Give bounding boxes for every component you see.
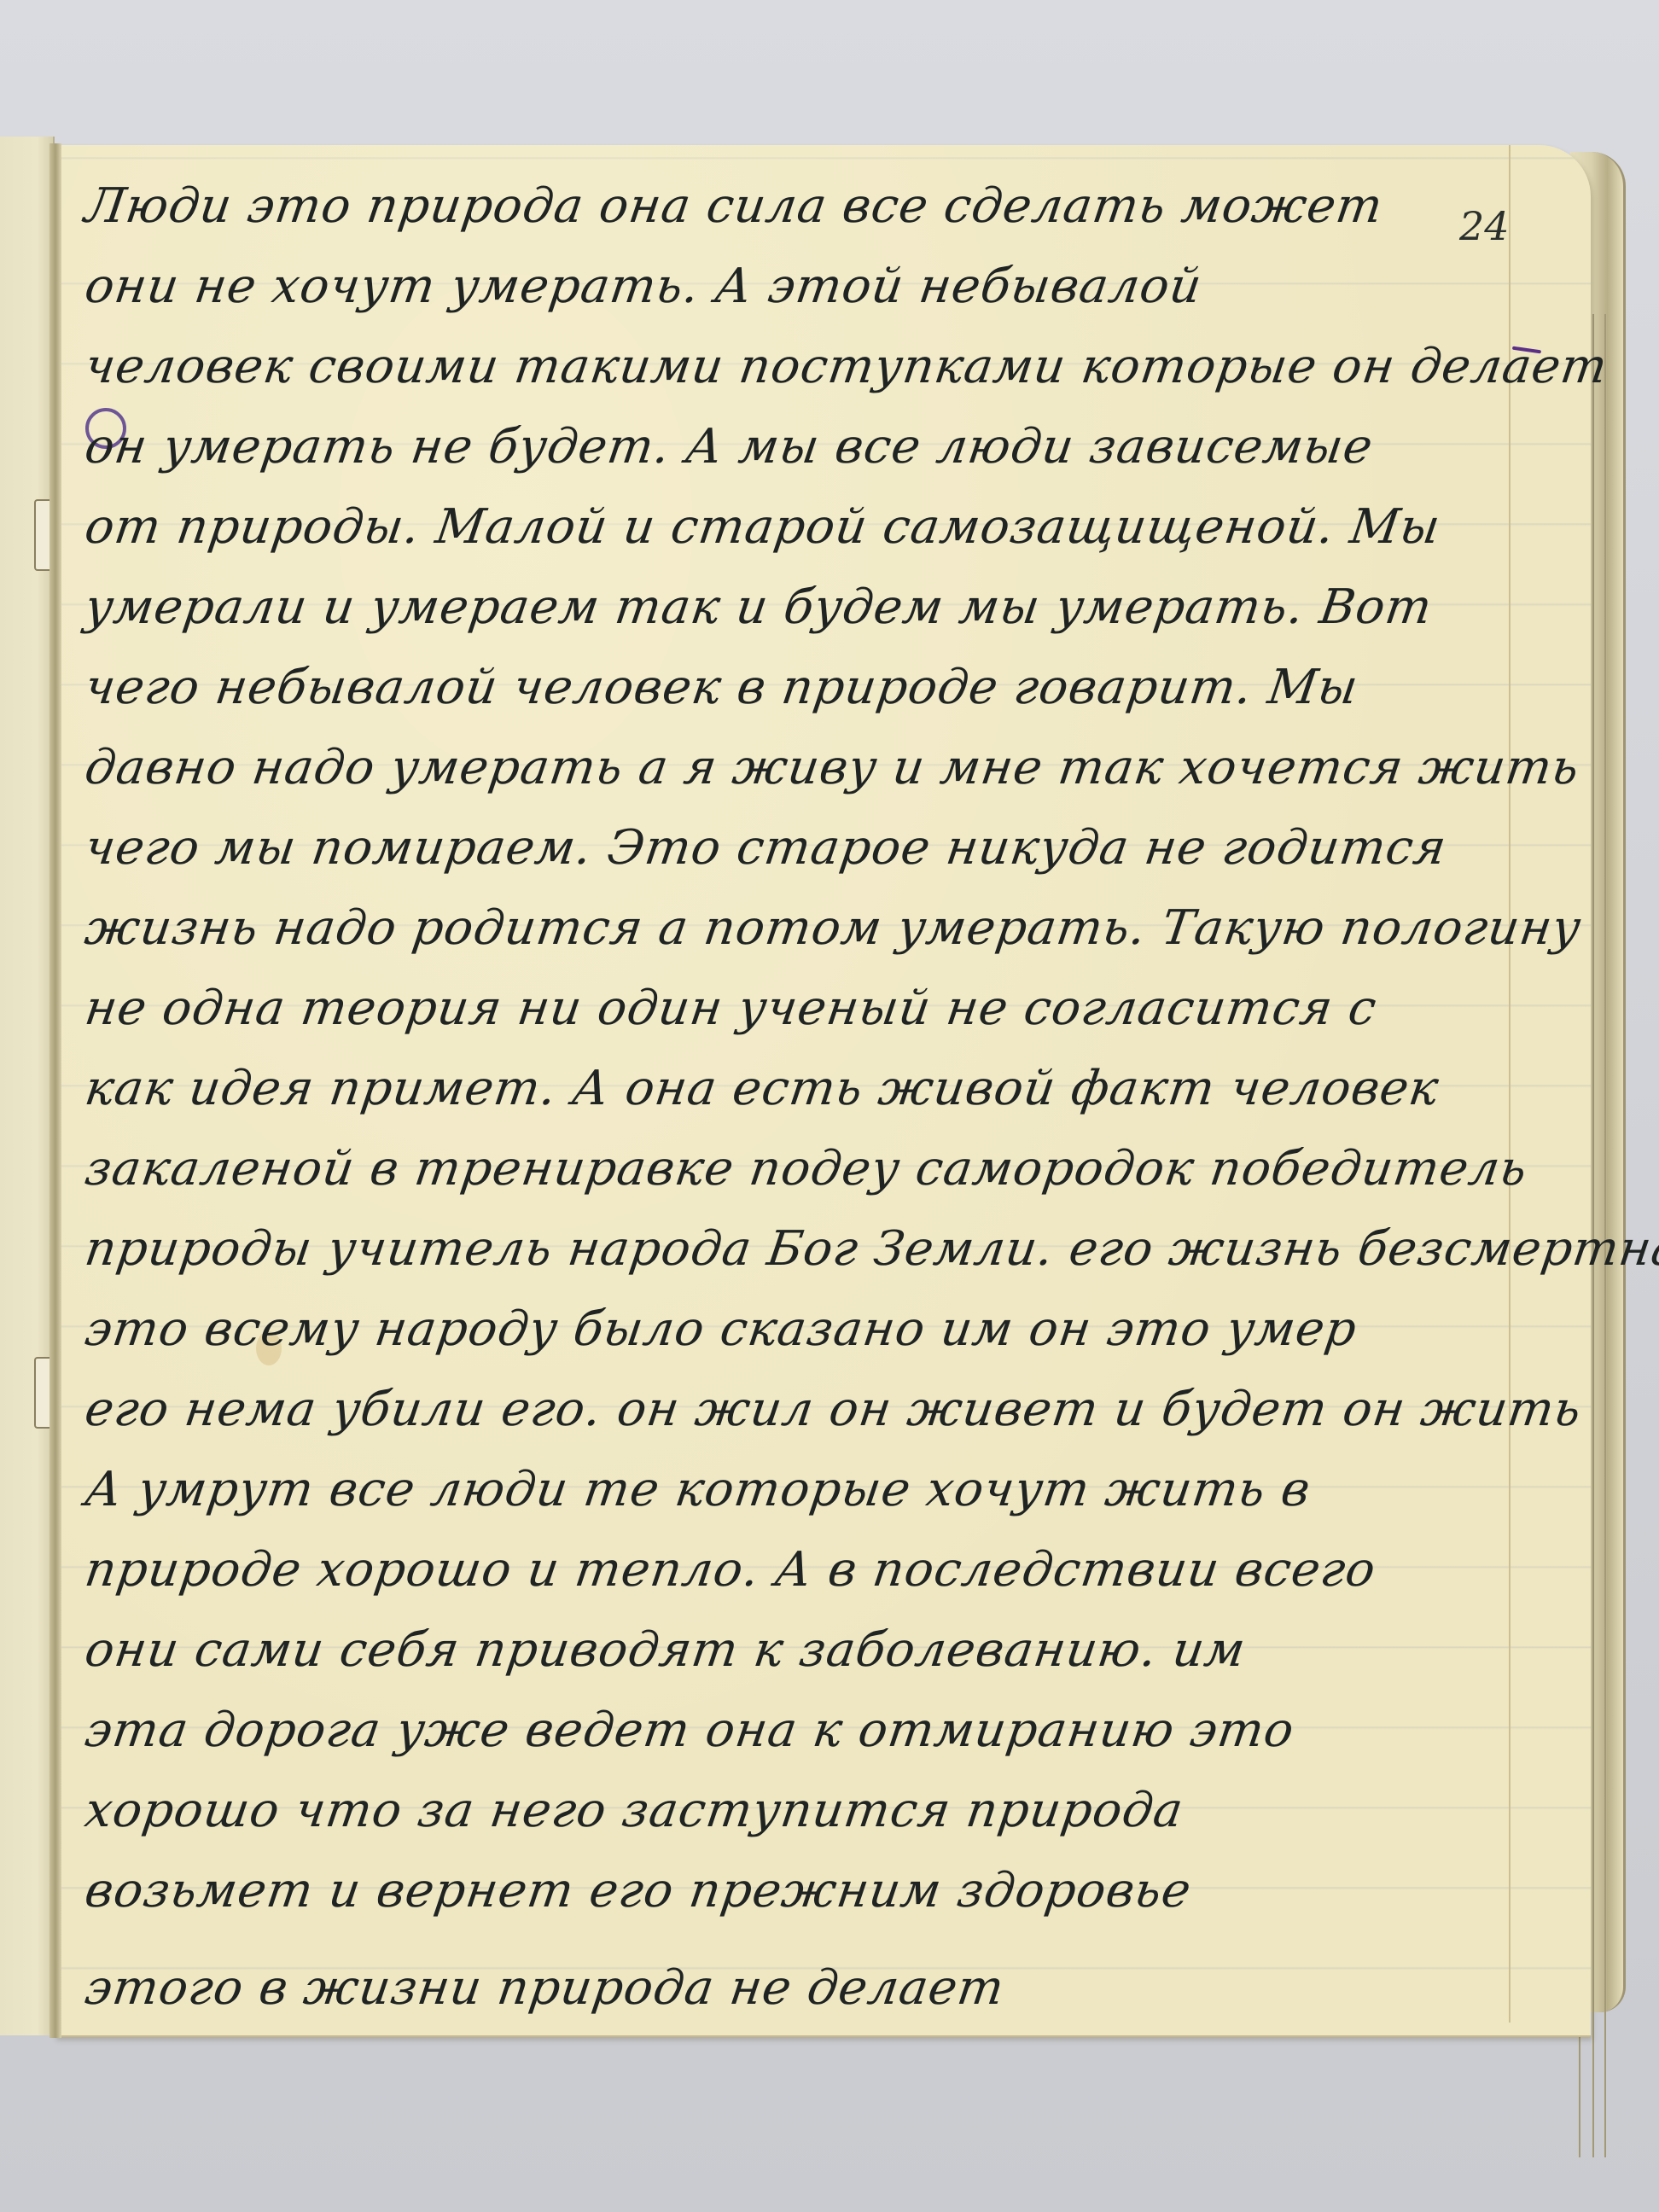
text-line: жизнь надо родится а потом умерать. Таку…	[79, 888, 1541, 969]
text-line: давно надо умерать а я живу и мне так хо…	[79, 728, 1541, 808]
text-line: не одна теория ни один ученый не согласи…	[79, 969, 1541, 1049]
text-line: этого в жизни природа не делает	[79, 1948, 1541, 2029]
text-line: А умрут все люди те которые хочут жить в	[79, 1450, 1541, 1530]
text-line: как идея примет. А она есть живой факт ч…	[79, 1049, 1541, 1129]
text-line: человек своими такими поступками которые…	[79, 327, 1541, 407]
text-line: эта дорога уже ведет она к отмиранию это	[79, 1691, 1541, 1771]
text-line: закаленой в трениравке подеу самородок п…	[79, 1129, 1541, 1209]
text-line: хорошо что за него заступится природа	[79, 1771, 1541, 1851]
text-line: умерали и умераем так и будем мы умерать…	[79, 568, 1541, 648]
text-line: чего небывалой человек в природе говарит…	[79, 648, 1541, 728]
handwritten-text-block: Люди это природа она сила все сделать мо…	[85, 166, 1536, 2029]
text-line: он умерать не будет. А мы все люди завис…	[79, 407, 1541, 487]
text-line: возьмет и вернет его прежним здоровье	[79, 1851, 1541, 1931]
text-line: природы учитель народа Бог Земли. его жи…	[79, 1209, 1541, 1289]
text-line: природе хорошо и тепло. А в последствии …	[79, 1530, 1541, 1610]
text-line: это всему народу было сказано им он это …	[79, 1289, 1541, 1370]
text-line: от природы. Малой и старой самозащищеной…	[79, 487, 1541, 568]
previous-page-edge	[0, 137, 55, 2035]
binding-gutter	[49, 143, 61, 2038]
text-line: его нема убили его. он жил он живет и бу…	[79, 1370, 1541, 1450]
text-line: они сами себя приводят к заболеванию. им	[79, 1610, 1541, 1691]
text-line: чего мы помираем. Это старое никуда не г…	[79, 808, 1541, 888]
text-line: Люди это природа она сила все сделать мо…	[79, 166, 1541, 247]
text-line: они не хочут умерать. А этой небывалой	[79, 247, 1541, 327]
